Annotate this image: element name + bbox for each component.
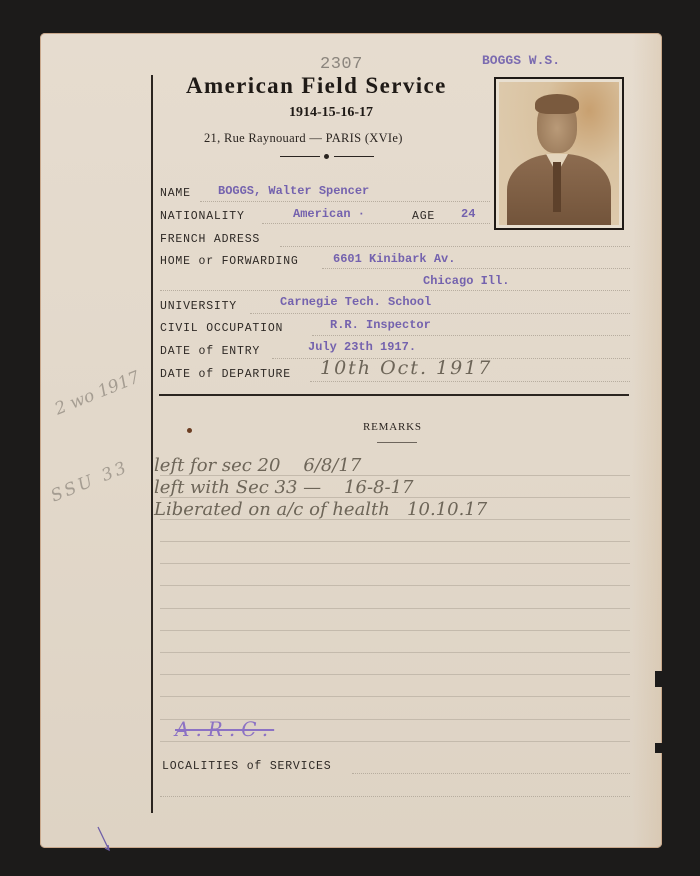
date-of-entry-value: July 23th 1917.	[308, 340, 416, 354]
field-line	[160, 290, 630, 291]
ruled-line	[160, 674, 630, 675]
ruled-line	[160, 630, 630, 631]
university-value: Carnegie Tech. School	[280, 295, 431, 309]
remarks-underline	[377, 442, 417, 443]
ruled-line	[160, 608, 630, 609]
field-line	[322, 268, 630, 269]
ruled-line	[160, 585, 630, 586]
field-line	[352, 773, 630, 774]
portrait-photo	[494, 77, 624, 230]
university-label: UNIVERSITY	[160, 300, 237, 313]
pen-check-mark-icon	[97, 826, 111, 852]
torn-edge	[655, 743, 663, 753]
initials-struck: A.R.C.	[175, 717, 274, 741]
civil-occupation-value: R.R. Inspector	[330, 318, 431, 332]
section-divider	[159, 394, 629, 396]
service-years: 1914-15-16-17	[289, 105, 373, 121]
field-line	[312, 335, 630, 336]
field-line	[262, 223, 490, 224]
portrait-image	[499, 82, 619, 225]
ruled-line	[160, 563, 630, 564]
remark-entry: left for sec 20 6/8/17	[154, 455, 361, 476]
paper-stain	[632, 33, 662, 848]
nationality-label: NATIONALITY	[160, 210, 245, 223]
margin-note: SSU 33	[48, 457, 132, 506]
civil-occupation-label: CIVIL OCCUPATION	[160, 322, 283, 335]
torn-edge	[655, 671, 663, 687]
date-of-entry-label: DATE of ENTRY	[160, 345, 260, 358]
remark-entry: left with Sec 33 — 16-8-17	[154, 477, 413, 498]
record-card: 2307 BOGGS W.S. American Field Service 1…	[40, 33, 662, 848]
name-label: NAME	[160, 187, 191, 200]
field-line	[160, 796, 630, 797]
name-stamp: BOGGS W.S.	[482, 53, 560, 68]
ruled-line	[160, 541, 630, 542]
home-value-line2: Chicago Ill.	[423, 274, 509, 288]
margin-note: 2 wo 1917	[52, 367, 143, 419]
serial-number: 2307	[320, 55, 363, 74]
remarks-heading: REMARKS	[363, 421, 422, 433]
ruled-line	[160, 475, 630, 476]
organization-address: 21, Rue Raynouard — PARIS (XVIe)	[204, 131, 403, 146]
name-value: BOGGS, Walter Spencer	[218, 184, 369, 198]
age-label: AGE	[412, 210, 435, 223]
localities-label: LOCALITIES of SERVICES	[162, 760, 331, 773]
ruled-line	[160, 696, 630, 697]
french-address-label: FRENCH ADRESS	[160, 233, 260, 246]
ruled-line	[160, 497, 630, 498]
date-of-departure-value: 10th Oct. 1917	[320, 357, 492, 379]
ruled-line	[160, 519, 630, 520]
ornament-divider	[280, 155, 375, 159]
home-value-line1: 6601 Kinibark Av.	[333, 252, 455, 266]
field-line	[280, 246, 630, 247]
organization-title: American Field Service	[186, 73, 447, 99]
home-label: HOME or FORWARDING	[160, 255, 299, 268]
nationality-value: American ·	[293, 207, 365, 221]
remark-entry: Liberated on a/c of health 10.10.17	[154, 499, 487, 520]
date-of-departure-label: DATE of DEPARTURE	[160, 368, 291, 381]
ruled-line	[160, 652, 630, 653]
margin-rule	[151, 75, 153, 813]
ruled-line	[160, 741, 630, 742]
field-line	[310, 381, 630, 382]
field-line	[250, 313, 630, 314]
field-line	[200, 201, 490, 202]
age-value: 24	[461, 207, 475, 221]
ink-spot	[187, 428, 192, 433]
